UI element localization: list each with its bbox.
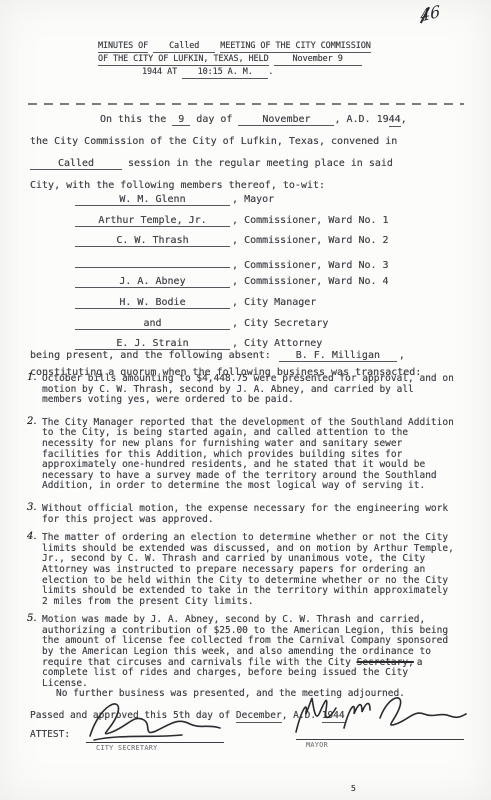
member-title: Commissioner, Ward No. 4 [244, 276, 389, 287]
struck-out-word: Secretary, [357, 657, 414, 668]
member-row-city-manager: H. W. Bodie, City Manager [75, 297, 475, 318]
bottom-page-mark: 5 [351, 784, 356, 793]
handwritten-page-number: 46 [420, 1, 441, 25]
roster-comma: , [232, 276, 238, 287]
header-title-rest: MEETING OF THE CITY COMMISSION [220, 41, 371, 53]
roster-comma: , [232, 297, 238, 308]
header-year: 1944 [142, 67, 162, 77]
handwritten-item-number: 2. [27, 417, 37, 428]
month-blank: November [238, 114, 334, 126]
member-row-ward3: , Commissioner, Ward No. 3 [75, 256, 475, 277]
intro-comma: , [401, 114, 407, 125]
header-title-prefix: MINUTES OF [98, 41, 148, 53]
roster-comma: , [232, 235, 238, 246]
handwritten-item-number: 5. [27, 614, 37, 625]
business-item-5: 5. Motion was made by J. A. Abney, secon… [42, 615, 454, 689]
header-line-3: 1944 AT 10:15 A. M.. [142, 66, 418, 79]
roster-comma: , [232, 260, 238, 271]
secretary-signature-icon [82, 694, 232, 744]
member-title: City Secretary [244, 318, 328, 329]
business-item-4: 4. The matter of ordering an election to… [42, 533, 454, 607]
intro-line-1: On this the 9 day of November, A.D. 1944… [100, 114, 407, 126]
item-text: October bills amounting to $4,448.75 wer… [42, 373, 454, 405]
roster-comma: , [232, 194, 238, 205]
meeting-date-blank: November 9 [274, 54, 362, 66]
secretary-title: CITY SECRETARY [96, 744, 232, 752]
handwritten-item-number: 3. [27, 503, 37, 514]
day-blank: 9 [172, 114, 190, 126]
secretary-signature-block: CITY SECRETARY [82, 694, 232, 752]
item-text: The City Manager reported that the devel… [42, 417, 454, 492]
business-item-2: 2. The City Manager reported that the de… [42, 418, 454, 492]
handwritten-item-number: 1. [27, 373, 37, 384]
handwritten-item-number: 4. [27, 532, 37, 543]
member-row-ward2: C. W. Thrash, Commissioner, Ward No. 2 [75, 235, 475, 256]
attendance-line-1: being present, and the following absent:… [30, 347, 470, 364]
intro-seg: session in the regular meeting place in … [128, 158, 393, 169]
header-period: . [268, 67, 273, 77]
member-title: Commissioner, Ward No. 1 [244, 215, 389, 226]
member-row-city-secretary: and, City Secretary [75, 318, 475, 339]
session-type-blank: Called [30, 158, 122, 170]
mayor-title: MAYOR [306, 741, 472, 749]
member-name: W. M. Glenn [75, 194, 230, 206]
member-name: C. W. Thrash [75, 235, 230, 247]
approval-month: December [236, 710, 282, 723]
member-name: H. W. Bodie [75, 297, 230, 309]
header-city-line: OF THE CITY OF LUFKIN, TEXAS, HELD [98, 54, 269, 66]
absent-name-blank: B. F. Milligan [279, 350, 397, 362]
intro-line-2: the City Commission of the City of Lufki… [30, 136, 397, 147]
meeting-type-blank: Called [153, 41, 215, 53]
mayor-signature-block: MAYOR [292, 688, 472, 749]
dashed-separator [28, 103, 464, 105]
document-header: MINUTES OF Called MEETING OF THE CITY CO… [98, 40, 418, 79]
header-at-label: AT [167, 67, 177, 77]
intro-seg: , A.D. 19 [334, 114, 388, 125]
members-roster: W. M. Glenn, Mayor Arthur Temple, Jr., C… [75, 194, 475, 359]
member-name: Arthur Temple, Jr. [75, 215, 230, 227]
intro-seg: On this the [100, 114, 166, 125]
member-row-ward1: Arthur Temple, Jr., Commissioner, Ward N… [75, 215, 475, 236]
intro-line-4: City, with the following members thereof… [30, 180, 325, 191]
year-typed: 44 [389, 114, 401, 127]
intro-seg: day of [196, 114, 232, 125]
attendance-comma: , [399, 350, 405, 361]
mayor-signature-icon [292, 688, 470, 740]
business-items: 1. October bills amounting to $4,448.75 … [42, 374, 454, 689]
member-row-mayor: W. M. Glenn, Mayor [75, 194, 475, 215]
member-name: J. A. Abney [75, 276, 230, 288]
member-name: and [75, 318, 230, 330]
member-name-empty [75, 256, 230, 268]
member-title: Mayor [244, 194, 274, 205]
roster-comma: , [232, 318, 238, 329]
item-text: The matter of ordering an election to de… [42, 532, 454, 607]
attendance-prefix: being present, and the following absent: [30, 350, 271, 361]
member-row-ward4: J. A. Abney, Commissioner, Ward No. 4 [75, 276, 475, 297]
header-line-1: MINUTES OF Called MEETING OF THE CITY CO… [98, 40, 418, 53]
business-item-1: 1. October bills amounting to $4,448.75 … [42, 374, 454, 406]
roster-comma: , [232, 215, 238, 226]
item-text: Without official motion, the expense nec… [42, 503, 448, 525]
header-line-2: OF THE CITY OF LUFKIN, TEXAS, HELD Novem… [98, 53, 418, 66]
scanned-minutes-page: 46 MINUTES OF Called MEETING OF THE CITY… [0, 0, 491, 800]
member-title: Commissioner, Ward No. 2 [244, 235, 389, 246]
attest-label: ATTEST: [30, 729, 70, 740]
intro-line-3: Called session in the regular meeting pl… [30, 158, 393, 170]
business-item-3: 3. Without official motion, the expense … [42, 504, 454, 525]
member-title: City Manager [244, 297, 316, 308]
member-title: Commissioner, Ward No. 3 [244, 260, 389, 271]
meeting-time-blank: 10:15 A. M. [182, 67, 268, 79]
